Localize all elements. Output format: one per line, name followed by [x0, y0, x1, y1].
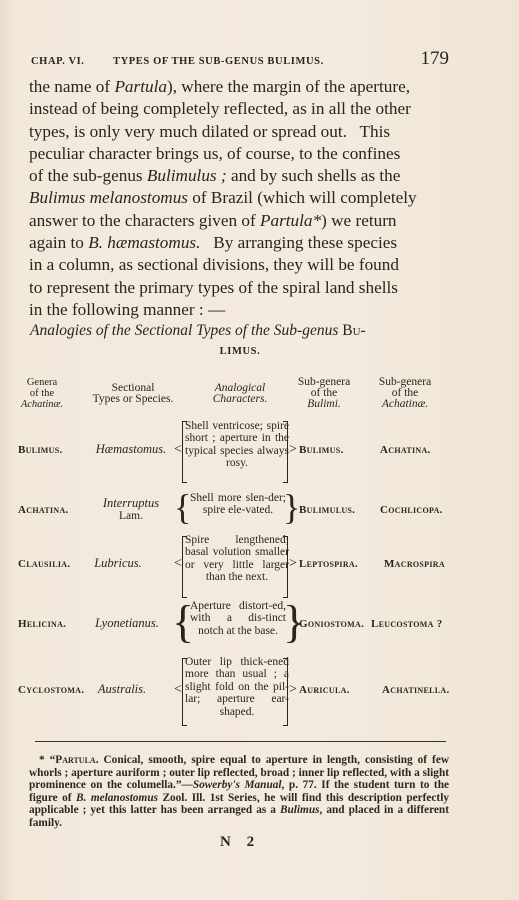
- bracket-right-icon: [283, 536, 288, 598]
- achatinae-cell: Macrospira: [384, 558, 445, 570]
- body-line: to represent the primary types of the sp…: [29, 277, 448, 299]
- table-row: Achatina. Interruptus Lam. { Shell more …: [0, 490, 519, 530]
- chapter-title: TYPES OF THE SUB-GENUS BULIMUS.: [113, 56, 421, 67]
- genus-cell: Achatina.: [18, 504, 69, 516]
- body-line: peculiar character brings us, of course,…: [29, 143, 448, 165]
- brace-icon: >: [289, 556, 297, 572]
- bulimi-cell: Bulimus.: [299, 444, 344, 456]
- genus-cell: Helicina.: [18, 618, 66, 630]
- footnote-divider: [35, 741, 446, 742]
- genus-cell: Cyclostoma.: [18, 684, 84, 696]
- species-author: Lam.: [88, 510, 174, 523]
- table-title: Analogies of the Sectional Types of the …: [30, 322, 450, 340]
- table-row: Helicina. Lyonetianus. { Aperture distor…: [0, 600, 519, 652]
- chapter-label: CHAP. VI.: [31, 56, 113, 67]
- body-line: Bulimus melanostomus of Brazil (which wi…: [29, 187, 448, 209]
- table-row: Bulimus. Hæmastomus. < Shell ventricose;…: [0, 418, 519, 484]
- header-analogical: Analogical Characters.: [195, 383, 285, 405]
- header-line: Achatinæ.: [370, 399, 440, 410]
- book-page: CHAP. VI. TYPES OF THE SUB-GENUS BULIMUS…: [0, 0, 519, 900]
- body-line: the name of Partula), where the margin o…: [29, 76, 448, 98]
- footnote-lead: Partula.: [55, 754, 98, 766]
- bulimi-cell: Auricula.: [299, 684, 350, 696]
- header-line: Characters.: [195, 394, 285, 405]
- header-line: Achatinæ.: [20, 399, 64, 410]
- bulimi-cell: Leptospira.: [299, 558, 358, 570]
- header-line: Genera: [20, 377, 64, 388]
- header-line: of the: [20, 388, 64, 399]
- brace-icon: >: [289, 682, 297, 698]
- species-cell: Lubricus.: [78, 556, 158, 571]
- footnote-text: * “Partula. Conical, smooth, spire equal…: [29, 754, 449, 830]
- table-title-sc: Bu-: [342, 322, 365, 339]
- species-cell: Interruptus Lam.: [88, 497, 174, 523]
- header-sectional: Sectional Types or Species.: [78, 383, 188, 405]
- table-title-text: Analogies of the Sectional Types of the …: [30, 322, 338, 339]
- characters-cell: Spire lengthened; basal volution smaller…: [185, 534, 289, 584]
- body-line: instead of being completely reflected, a…: [29, 98, 448, 120]
- footnote-species: B. melanostomus: [76, 792, 158, 804]
- characters-cell: Outer lip thick-ened more than usual ; a…: [185, 656, 289, 718]
- footnote: * “Partula. Conical, smooth, spire equal…: [29, 754, 449, 830]
- brace-right-icon: }: [283, 487, 300, 527]
- genus-cell: Clausilia.: [18, 558, 70, 570]
- table-row: Cyclostoma. Australis. < Outer lip thick…: [0, 656, 519, 728]
- brace-icon: <: [174, 682, 182, 698]
- bulimi-cell: Bulimulus.: [299, 504, 355, 516]
- body-line: answer to the characters given of Partul…: [29, 210, 448, 232]
- brace-left-icon: {: [174, 487, 191, 527]
- achatinae-cell: Cochlicopa.: [380, 504, 443, 516]
- footnote-genus: Bulimus: [280, 804, 320, 816]
- achatinae-cell: Achatina.: [380, 444, 431, 456]
- bracket-right-icon: [283, 658, 288, 726]
- bulimi-cell: Goniostoma.: [299, 618, 364, 630]
- species-cell: Australis.: [90, 682, 154, 697]
- brace-icon: >: [289, 442, 297, 458]
- species-cell: Hæmastomus.: [88, 442, 174, 457]
- header-subgenera-bulimi: Sub-genera of the Bulimi.: [288, 377, 360, 410]
- header-line: Bulimi.: [288, 399, 360, 410]
- header-genera: Genera of the Achatinæ.: [20, 377, 64, 410]
- page-number: 179: [421, 48, 450, 70]
- brace-icon: <: [174, 556, 182, 572]
- header-subgenera-achatinae: Sub-genera of the Achatinæ.: [370, 377, 440, 410]
- body-line: again to B. hæmastomus. By arranging the…: [29, 232, 448, 254]
- bracket-right-icon: [283, 421, 288, 483]
- body-line: in a column, as sectional divisions, the…: [29, 254, 448, 276]
- achatinae-cell: Achatinella.: [382, 684, 450, 696]
- table-title-line2: LIMUS.: [0, 346, 480, 357]
- body-paragraph: the name of Partula), where the margin o…: [29, 76, 448, 321]
- species-cell: Lyonetianus.: [82, 616, 172, 631]
- characters-cell: Aperture distort-ed, with a dis-tinct no…: [190, 600, 286, 637]
- body-line: types, is only very much dilated or spre…: [29, 121, 448, 143]
- brace-icon: <: [174, 442, 182, 458]
- characters-cell: Shell ventricose; spire short ; aperture…: [185, 420, 289, 470]
- signature-mark: N 2: [220, 834, 260, 851]
- achatinae-cell: Leucostoma ?: [371, 618, 443, 630]
- footnote-citation: Sowerby's Manual: [193, 779, 282, 791]
- body-line: of the sub-genus Bulimulus ; and by such…: [29, 165, 448, 187]
- characters-cell: Shell more slen-der; spire ele-vated.: [190, 492, 286, 517]
- species-name: Interruptus: [88, 497, 174, 510]
- table-row: Clausilia. Lubricus. < Spire lengthened;…: [0, 534, 519, 600]
- header-line: Types or Species.: [78, 394, 188, 405]
- running-head: CHAP. VI. TYPES OF THE SUB-GENUS BULIMUS…: [31, 48, 449, 70]
- footnote-marker: * “: [39, 754, 55, 766]
- body-line: in the following manner : —: [29, 299, 448, 321]
- genus-cell: Bulimus.: [18, 444, 63, 456]
